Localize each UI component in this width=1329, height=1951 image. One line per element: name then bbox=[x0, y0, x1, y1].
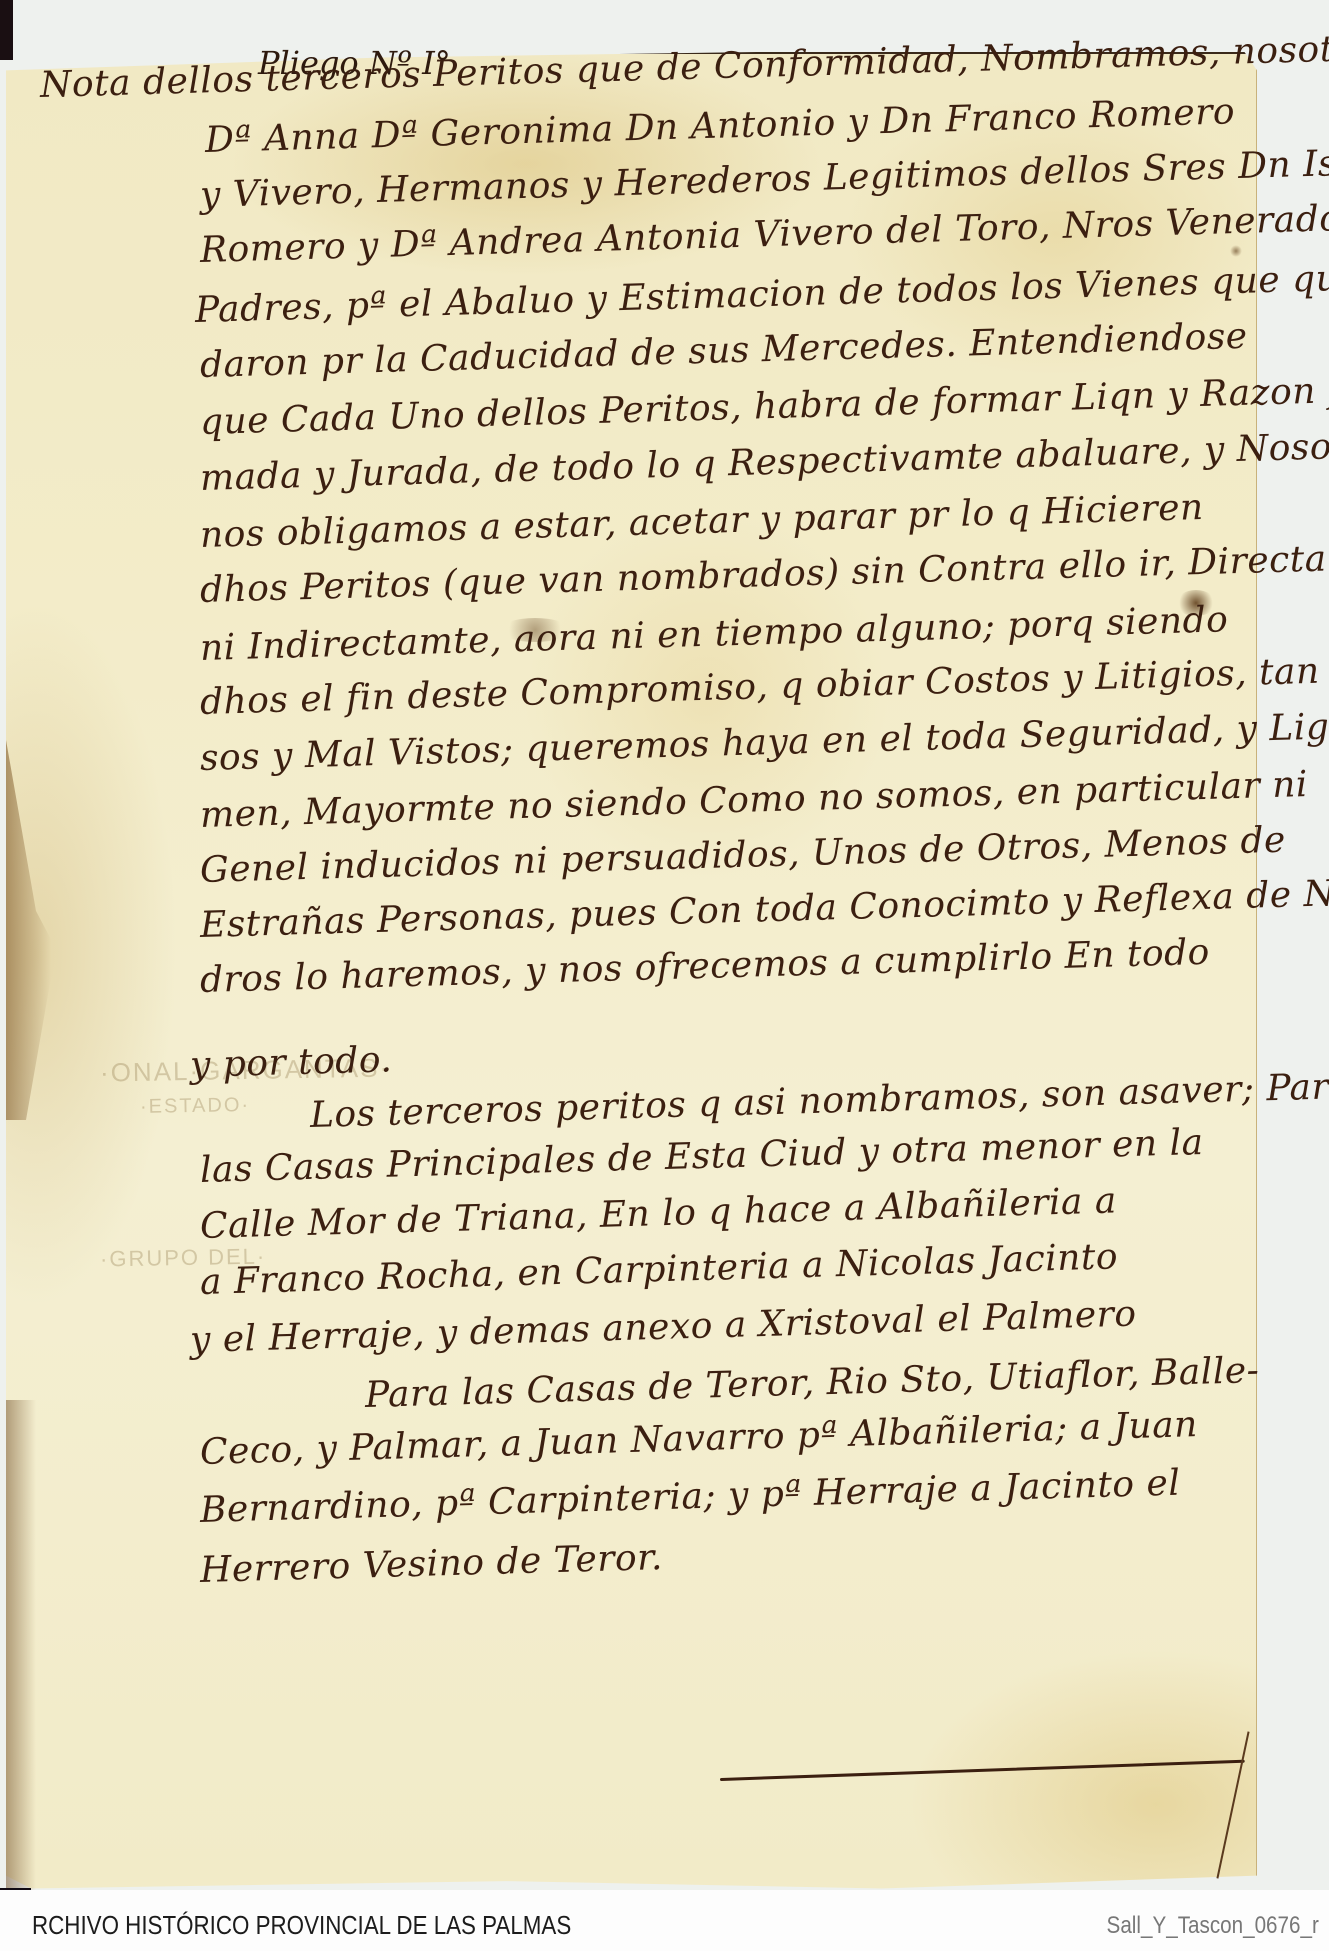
image-identifier: Sall_Y_Tascon_0676_r bbox=[1107, 1912, 1319, 1940]
ink-stain bbox=[1230, 245, 1242, 257]
manuscript-line: y por todo. bbox=[189, 1039, 392, 1086]
binding-shadow-top bbox=[0, 0, 13, 60]
archive-name: RCHIVO HISTÓRICO PROVINCIAL DE LAS PALMA… bbox=[32, 1910, 571, 1941]
paper-edge-shadow bbox=[6, 1400, 36, 1890]
archive-footer: RCHIVO HISTÓRICO PROVINCIAL DE LAS PALMA… bbox=[0, 1890, 1329, 1951]
bleed-through-stamp-line: ·ESTADO· bbox=[140, 1094, 250, 1119]
